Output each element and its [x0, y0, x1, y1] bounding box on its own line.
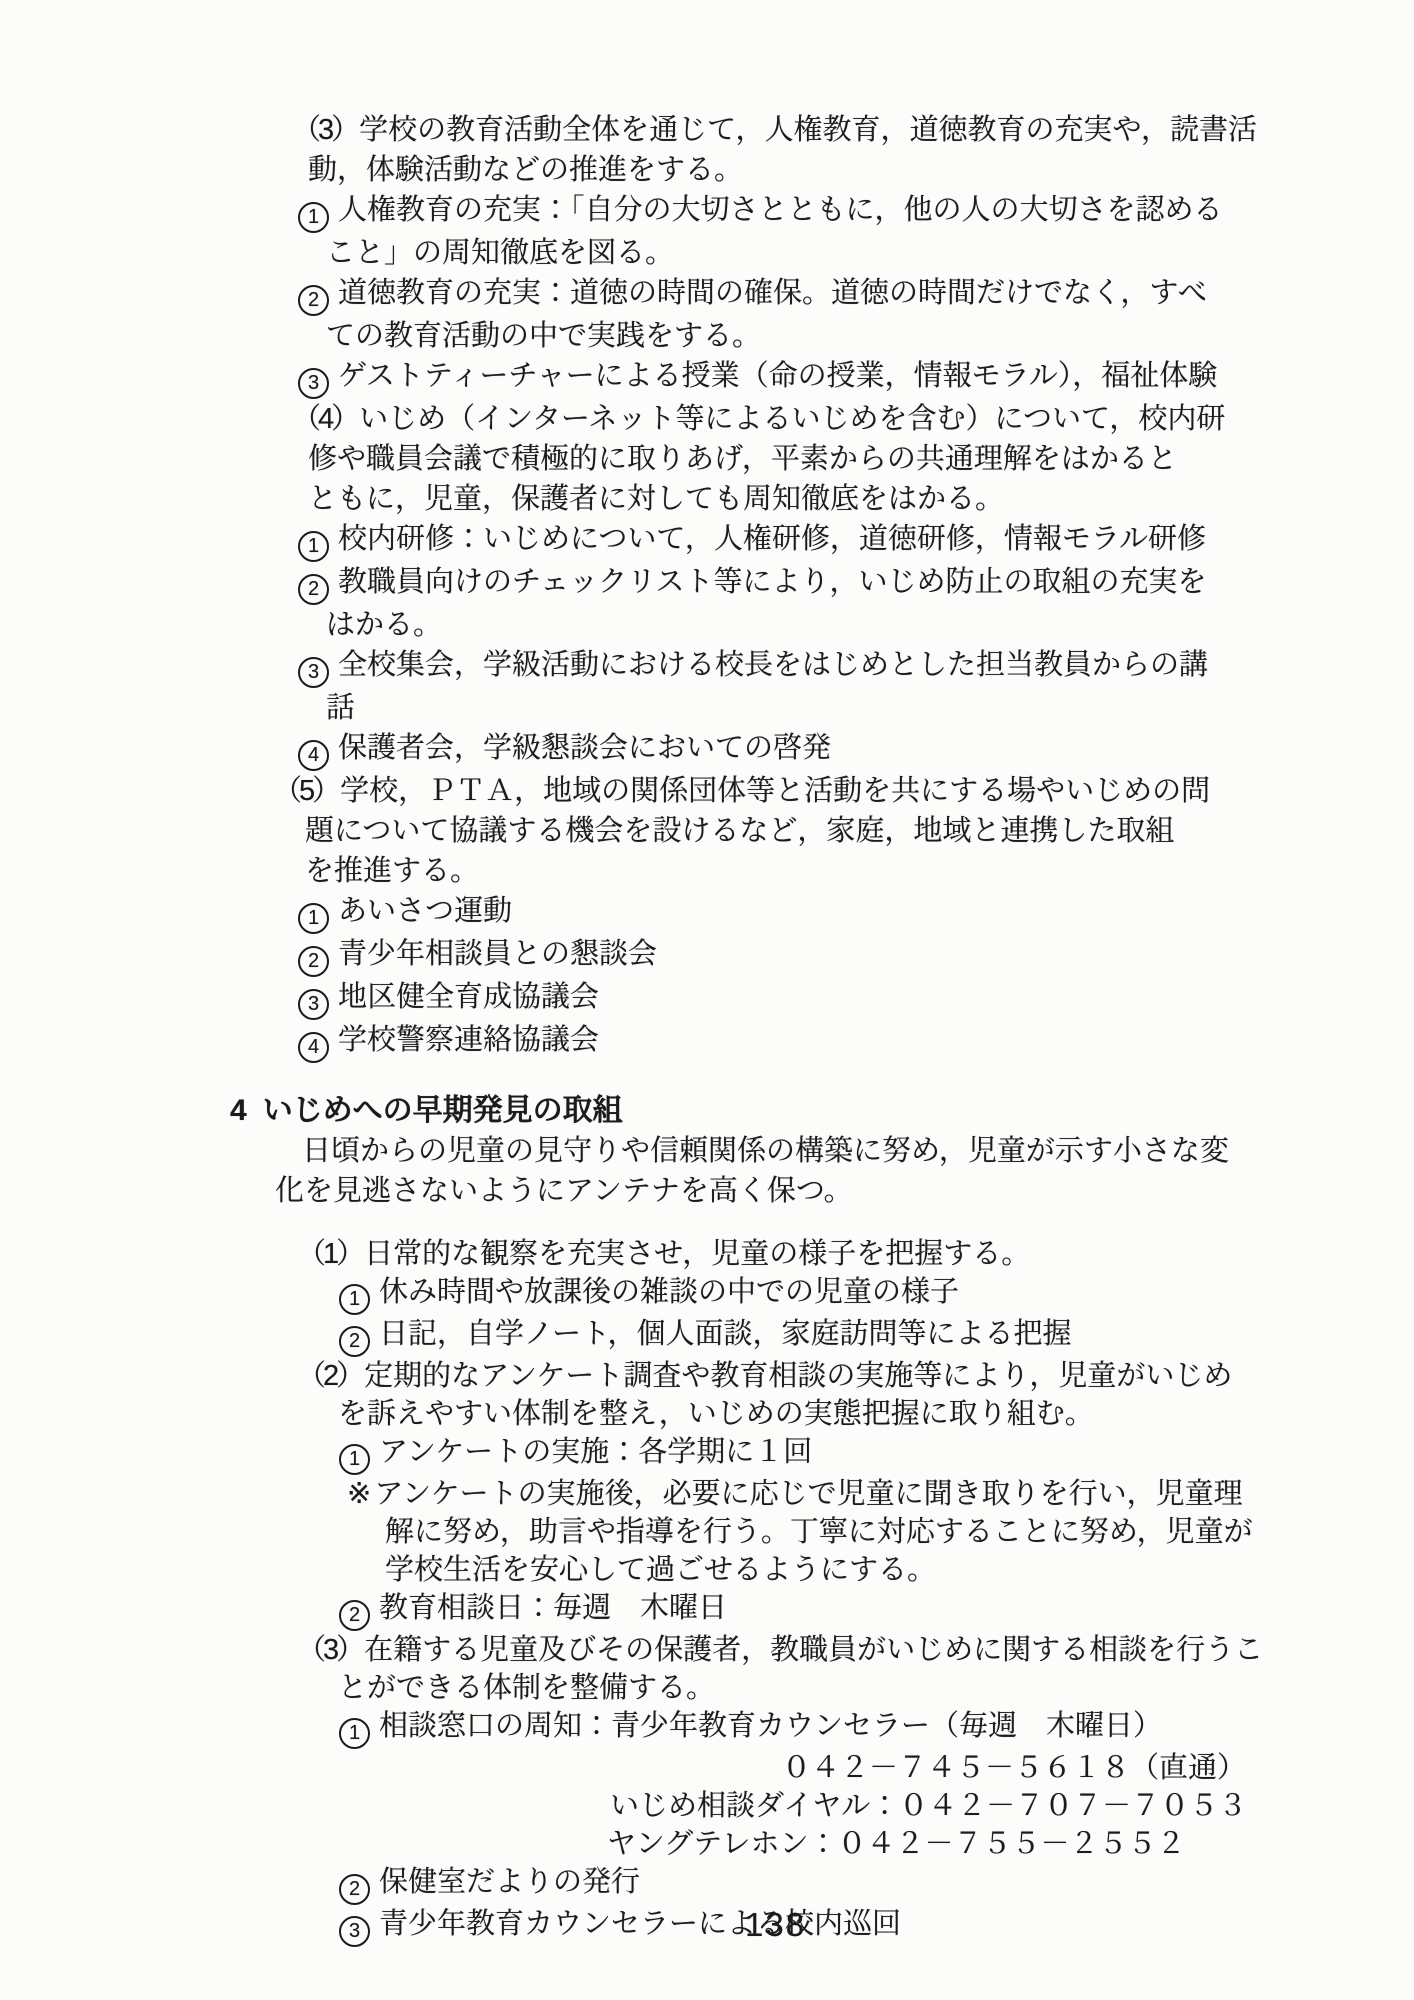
line-text: 教職員向けのチェックリスト等により，いじめ防止の取組の充実を — [338, 566, 1207, 598]
circled-number-marker: 2 — [339, 1600, 370, 1631]
note-marker: ※ — [347, 1478, 371, 1510]
numbered-sub-item-line: 2教職員向けのチェックリスト等により，いじめ防止の取組の充実を — [0, 562, 1414, 605]
line-text: 日頃からの児童の見守りや信頼関係の構築に努め，児童が示す小さな変 — [302, 1135, 1229, 1167]
continuation-line: こと」の周知徹底を図る。 — [0, 233, 1414, 273]
numbered-sub-item-line: 2教育相談日：毎週 木曜日 — [0, 1589, 1414, 1631]
line-text: 校内研修：いじめについて，人権研修，道徳研修，情報モラル研修 — [338, 523, 1206, 555]
line-text: 話 — [326, 692, 355, 724]
circled-number-marker: 2 — [339, 1874, 370, 1905]
phone-line: ０４２－７４５－５６１８（直通） — [0, 1749, 1414, 1787]
paragraph-line: 化を見逃さないようにアンテナを高く保つ。 — [0, 1171, 1414, 1211]
vertical-gap — [0, 1211, 1414, 1235]
document-page: （3）学校の教育活動全体を通じて，人権教育，道徳教育の充実や，読書活動，体験活動… — [0, 0, 1414, 2000]
numbered-sub-item-line: 2青少年相談員との懇談会 — [0, 934, 1414, 977]
numbered-sub-item-line: 3青少年教育カウンセラーによる校内巡回 — [0, 1905, 1414, 1947]
line-text: 地区健全育成協議会 — [338, 981, 599, 1013]
circled-number-marker: 3 — [298, 368, 329, 399]
line-text: いじめへの早期発見の取組 — [263, 1094, 623, 1127]
phone-line: ヤングテレホン：０４２－７５５－２５５２ — [0, 1825, 1414, 1863]
paren-item-marker: （1） — [297, 1238, 362, 1270]
line-text: 解に努め，助言や指導を行う。丁寧に対応することに努め，児童が — [385, 1516, 1253, 1548]
circled-number-marker: 1 — [339, 1444, 370, 1475]
line-text: 日記，自学ノート，個人面談，家庭訪問等による把握 — [379, 1318, 1072, 1350]
circled-number-marker: 3 — [298, 657, 329, 688]
line-text: 化を見逃さないようにアンテナを高く保つ。 — [275, 1175, 853, 1207]
page-number: 138 — [745, 1906, 806, 1944]
circled-number-marker: 2 — [298, 946, 329, 977]
paren-item-marker: （3） — [292, 114, 357, 146]
line-text: 学校，ＰＴＡ，地域の関係団体等と活動を共にする場やいじめの問 — [340, 775, 1210, 807]
paren-item-marker: （4） — [292, 403, 357, 435]
continuation-line: 話 — [0, 688, 1414, 728]
numbered-sub-item-line: 3全校集会，学級活動における校長をはじめとした担当教員からの講 — [0, 645, 1414, 688]
paren-item-marker: （3） — [297, 1634, 362, 1666]
line-text: アンケートの実施後，必要に応じで児童に聞き取りを行い，児童理 — [374, 1478, 1242, 1510]
line-text: 教育相談日：毎週 木曜日 — [379, 1592, 727, 1624]
line-text: 相談窓口の周知：青少年教育カウンセラー（毎週 木曜日） — [379, 1710, 1162, 1742]
note-line: ※アンケートの実施後，必要に応じで児童に聞き取りを行い，児童理 — [0, 1475, 1414, 1513]
line-text: 学校生活を安心して過ごせるようにする。 — [385, 1554, 936, 1586]
numbered-sub-item-line: 1人権教育の充実：「自分の大切さとともに，他の人の大切さを認める — [0, 190, 1414, 233]
line-text: 人権教育の充実：「自分の大切さとともに，他の人の大切さを認める — [338, 194, 1223, 226]
line-text: あいさつ運動 — [338, 895, 512, 927]
numbered-sub-item-line: 1あいさつ運動 — [0, 891, 1414, 934]
continuation-line: ての教育活動の中で実践をする。 — [0, 316, 1414, 356]
line-text: ０４２－７４５－５６１８（直通） — [782, 1752, 1246, 1784]
continuation-line: を推進する。 — [0, 851, 1414, 891]
numbered-sub-item-line: 4学校警察連絡協議会 — [0, 1020, 1414, 1063]
line-text: ての教育活動の中で実践をする。 — [326, 320, 761, 352]
circled-number-marker: 1 — [339, 1718, 370, 1749]
continuation-line: ともに，児童，保護者に対しても周知徹底をはかる。 — [0, 479, 1414, 519]
circled-number-marker: 2 — [339, 1326, 370, 1357]
numbered-sub-item-line: 1休み時間や放課後の雑談の中での児童の様子 — [0, 1273, 1414, 1315]
circled-number-marker: 3 — [339, 1916, 370, 1947]
line-text: を訴えやすい体制を整え，いじめの実態把握に取り組む。 — [338, 1398, 1094, 1430]
line-text: いじめ相談ダイヤル：０４２－７０７－７０５３ — [610, 1790, 1247, 1822]
heading-number: 4 — [230, 1094, 247, 1127]
circled-number-marker: 1 — [298, 202, 329, 233]
circled-number-marker: 3 — [298, 989, 329, 1020]
section-item-line: （3）学校の教育活動全体を通じて，人権教育，道徳教育の充実や，読書活 — [0, 110, 1414, 150]
section-item-line: （3）在籍する児童及びその保護者，教職員がいじめに関する相談を行うこ — [0, 1631, 1414, 1669]
continuation-line: 学校生活を安心して過ごせるようにする。 — [0, 1551, 1414, 1589]
numbered-sub-item-line: 1アンケートの実施：各学期に１回 — [0, 1433, 1414, 1475]
circled-number-marker: 1 — [298, 903, 329, 934]
paragraph-line: 日頃からの児童の見守りや信頼関係の構築に努め，児童が示す小さな変 — [0, 1131, 1414, 1171]
section-heading: 4いじめへの早期発見の取組 — [0, 1091, 1414, 1131]
paren-item-marker: （2） — [297, 1360, 362, 1392]
numbered-sub-item-line: 1校内研修：いじめについて，人権研修，道徳研修，情報モラル研修 — [0, 519, 1414, 562]
continuation-line: 解に努め，助言や指導を行う。丁寧に対応することに努め，児童が — [0, 1513, 1414, 1551]
numbered-sub-item-line: 3ゲストティーチャーによる授業（命の授業，情報モラル），福祉体験 — [0, 356, 1414, 399]
circled-number-marker: 2 — [298, 285, 329, 316]
circled-number-marker: 1 — [298, 531, 329, 562]
line-text: 学校の教育活動全体を通じて，人権教育，道徳教育の充実や，読書活 — [359, 114, 1257, 146]
document-body: （3）学校の教育活動全体を通じて，人権教育，道徳教育の充実や，読書活動，体験活動… — [0, 0, 1414, 1947]
line-text: こと」の周知徹底を図る。 — [326, 237, 674, 269]
continuation-line: 動，体験活動などの推進をする。 — [0, 150, 1414, 190]
line-text: はかる。 — [326, 609, 442, 641]
circled-number-marker: 1 — [339, 1284, 370, 1315]
line-text: を推進する。 — [305, 855, 479, 887]
line-text: ゲストティーチャーによる授業（命の授業，情報モラル），福祉体験 — [338, 360, 1217, 392]
continuation-line: はかる。 — [0, 605, 1414, 645]
paren-item-marker: （5） — [273, 775, 338, 807]
section-item-line: （5）学校，ＰＴＡ，地域の関係団体等と活動を共にする場やいじめの問 — [0, 771, 1414, 811]
numbered-sub-item-line: 1相談窓口の周知：青少年教育カウンセラー（毎週 木曜日） — [0, 1707, 1414, 1749]
line-text: 在籍する児童及びその保護者，教職員がいじめに関する相談を行うこ — [364, 1634, 1263, 1666]
line-text: 日常的な観察を充実させ，児童の様子を把握する。 — [364, 1238, 1030, 1270]
line-text: とができる体制を整備する。 — [338, 1672, 715, 1704]
section-item-line: （4）いじめ（インターネット等によるいじめを含む）について，校内研 — [0, 399, 1414, 439]
circled-number-marker: 4 — [298, 1032, 329, 1063]
continuation-line: 修や職員会議で積極的に取りあげ，平素からの共通理解をはかると — [0, 439, 1414, 479]
numbered-sub-item-line: 2日記，自学ノート，個人面談，家庭訪問等による把握 — [0, 1315, 1414, 1357]
line-text: 学校警察連絡協議会 — [338, 1024, 599, 1056]
line-text: 保健室だよりの発行 — [379, 1866, 640, 1898]
numbered-sub-item-line: 3地区健全育成協議会 — [0, 977, 1414, 1020]
line-text: 青少年相談員との懇談会 — [338, 938, 657, 970]
numbered-sub-item-line: 2保健室だよりの発行 — [0, 1863, 1414, 1905]
numbered-sub-item-line: 4保護者会，学級懇談会においての啓発 — [0, 728, 1414, 771]
section-item-line: （2）定期的なアンケート調査や教育相談の実施等により，児童がいじめ — [0, 1357, 1414, 1395]
line-text: アンケートの実施：各学期に１回 — [379, 1436, 812, 1468]
line-text: いじめ（インターネット等によるいじめを含む）について，校内研 — [359, 403, 1225, 435]
continuation-line: を訴えやすい体制を整え，いじめの実態把握に取り組む。 — [0, 1395, 1414, 1433]
line-text: ヤングテレホン：０４２－７５５－２５５２ — [607, 1828, 1186, 1860]
circled-number-marker: 2 — [298, 574, 329, 605]
line-text: 題について協議する機会を設けるなど，家庭，地域と連携した取組 — [305, 815, 1174, 847]
numbered-sub-item-line: 2道徳教育の充実：道徳の時間の確保。道徳の時間だけでなく，すべ — [0, 273, 1414, 316]
line-text: 動，体験活動などの推進をする。 — [308, 154, 743, 186]
line-text: 保護者会，学級懇談会においての啓発 — [338, 732, 831, 764]
circled-number-marker: 4 — [298, 740, 329, 771]
line-text: 道徳教育の充実：道徳の時間の確保。道徳の時間だけでなく，すべ — [338, 277, 1207, 309]
line-text: 修や職員会議で積極的に取りあげ，平素からの共通理解をはかると — [308, 443, 1177, 475]
section-item-line: （1）日常的な観察を充実させ，児童の様子を把握する。 — [0, 1235, 1414, 1273]
vertical-gap — [0, 1063, 1414, 1091]
phone-line: いじめ相談ダイヤル：０４２－７０７－７０５３ — [0, 1787, 1414, 1825]
continuation-line: とができる体制を整備する。 — [0, 1669, 1414, 1707]
line-text: 定期的なアンケート調査や教育相談の実施等により，児童がいじめ — [364, 1360, 1232, 1392]
continuation-line: 題について協議する機会を設けるなど，家庭，地域と連携した取組 — [0, 811, 1414, 851]
line-text: 休み時間や放課後の雑談の中での児童の様子 — [379, 1276, 959, 1308]
line-text: 全校集会，学級活動における校長をはじめとした担当教員からの講 — [338, 649, 1208, 681]
line-text: ともに，児童，保護者に対しても周知徹底をはかる。 — [308, 483, 1004, 515]
line-text: 青少年教育カウンセラーによる校内巡回 — [379, 1908, 901, 1940]
